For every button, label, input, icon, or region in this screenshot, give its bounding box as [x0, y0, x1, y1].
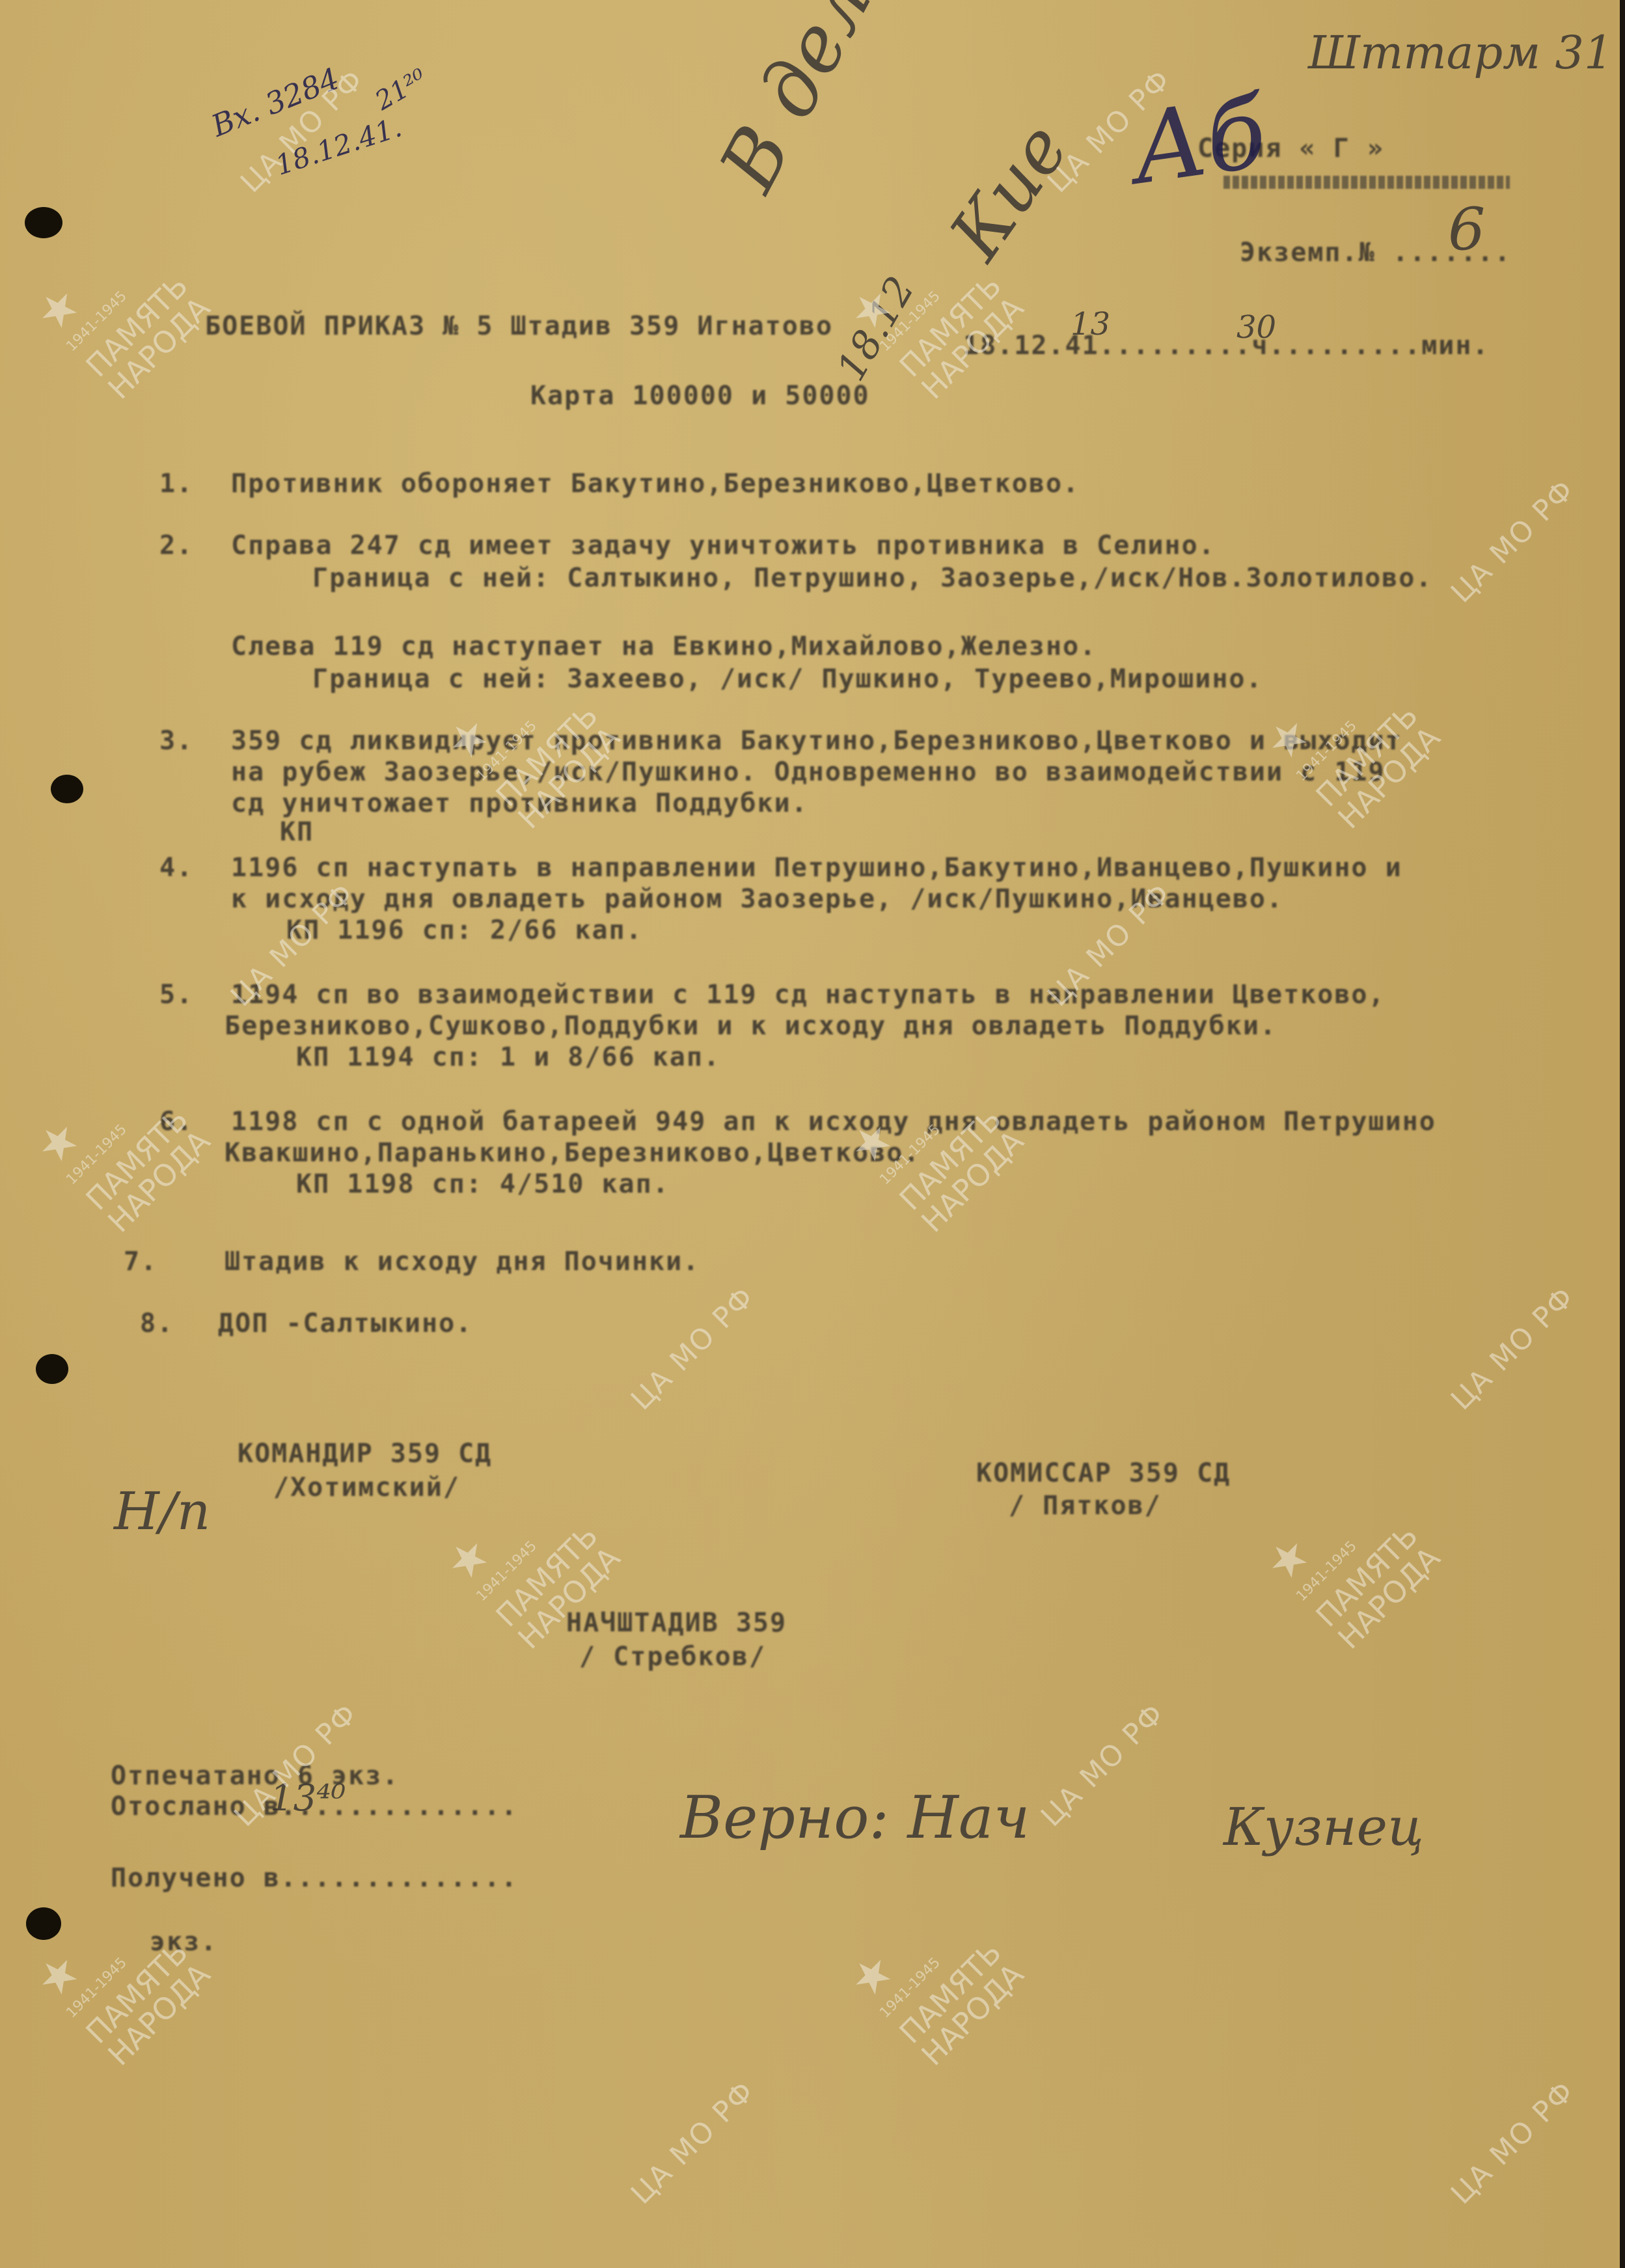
watermark-ca-mo: ЦА МО РФ	[1445, 2075, 1581, 2211]
item-command-post: КП 1194 сп: 1 и 8/66 кап.	[296, 1042, 720, 1072]
watermark-ca-mo: ЦА МО РФ	[625, 1280, 761, 1417]
np-mark: Н/п	[114, 1481, 210, 1542]
resolution-note: В дело	[703, 0, 912, 205]
copy-number-value: 6	[1448, 195, 1485, 264]
map-scale: Карта 100000 и 50000	[530, 381, 870, 411]
watermark-pamyat-naroda: ★ 1941-1945 ПАМЯТЬ НАРОДА	[33, 1888, 215, 2071]
commissar-title: КОМИССАР 359 СД	[976, 1458, 1231, 1488]
item-text: Слева 119 сд наступает на Евкино,Михайло…	[231, 631, 1097, 661]
order-title: БОЕВОЙ ПРИКАЗ № 5 Штадив 359 Игнатово	[205, 311, 833, 341]
item-text: 359 сд ликвидирует противника Бакутино,Б…	[231, 726, 1402, 756]
commander-name: /Хотимский/	[273, 1473, 460, 1502]
received-label: Получено в..............	[111, 1863, 518, 1893]
punch-hole	[51, 775, 83, 803]
watermark-ca-mo: ЦА МО РФ	[625, 2075, 761, 2211]
watermark-ca-mo: ЦА МО РФ	[1445, 1280, 1581, 1417]
item-number: 2.	[159, 531, 193, 560]
watermark-pamyat-naroda: ★ 1941-1945 ПАМЯТЬ НАРОДА	[33, 221, 215, 404]
watermark-pamyat-naroda: ★ 1941-1945 ПАМЯТЬ НАРОДА	[846, 1888, 1029, 2071]
chief-of-staff-name: / Стребков/	[579, 1642, 766, 1672]
item-text: Березниково,Сушково,Поддубки и к исходу …	[225, 1011, 1277, 1041]
watermark-pamyat-naroda: ★ 1941-1945 ПАМЯТЬ НАРОДА	[33, 1055, 215, 1238]
certified-signature: Кузнец	[1223, 1797, 1424, 1857]
item-text: Квакшино,Паранькино,Березниково,Цветково…	[225, 1138, 920, 1168]
certified-copy-note: Верно: Нач	[680, 1784, 1030, 1852]
chief-of-staff-title: НАЧШТАДИВ 359	[566, 1608, 787, 1638]
archive-document-page: Вх. 3284 18.12.41. 21²⁰ В дело 18.12 Кие…	[0, 0, 1625, 2268]
item-text: 1194 сп во взаимодействии с 119 сд насту…	[231, 980, 1386, 1010]
item-number: 3.	[159, 726, 193, 756]
watermark-pamyat-naroda: ★ 1941-1945 ПАМЯТЬ НАРОДА	[846, 1055, 1029, 1238]
watermark-pamyat-naroda: ★ 1941-1945 ПАМЯТЬ НАРОДА	[1263, 651, 1445, 834]
commissar-name: / Пятков/	[1009, 1491, 1162, 1521]
punch-hole	[36, 1354, 68, 1384]
watermark-pamyat-naroda: ★ 1941-1945 ПАМЯТЬ НАРОДА	[1263, 1471, 1445, 1654]
item-command-post: КП 1198 сп: 4/510 кап.	[296, 1169, 670, 1199]
item-number: 4.	[159, 853, 193, 883]
item-number: 5.	[159, 980, 193, 1010]
item-number: 1.	[159, 469, 193, 499]
item-boundary: Граница с ней: Салтыкино, Петрушино, Зао…	[312, 563, 1432, 593]
item-text: 1196 сп наступать в направлении Петрушин…	[231, 853, 1402, 883]
archive-mark: Шттарм 31	[1308, 26, 1613, 79]
item-text: ДОП -Салтыкино.	[218, 1308, 472, 1338]
item-text: Справа 247 сд имеет задачу уничтожить пр…	[231, 531, 1216, 560]
punch-hole	[25, 207, 62, 238]
item-command-post: КП	[280, 817, 314, 847]
item-text: на рубеж Заозерье,/иск/Пушкино. Одноврем…	[231, 757, 1386, 787]
watermark-ca-mo: ЦА МО РФ	[1035, 1697, 1171, 1833]
watermark-ca-mo: ЦА МО РФ	[1445, 473, 1581, 609]
scan-edge	[1620, 0, 1625, 2268]
commander-title: КОМАНДИР 359 СД	[238, 1439, 492, 1469]
order-time-minutes: 30	[1236, 309, 1276, 346]
order-date-line: 18.12.41.........ч.........мин.	[963, 331, 1490, 361]
order-time-hours: 13	[1071, 306, 1110, 342]
item-text: Штадив к исходу дня Починки.	[225, 1247, 700, 1277]
item-boundary: Граница с ней: Захеево, /иск/ Пушкино, Т…	[312, 664, 1263, 694]
punch-hole	[26, 1907, 61, 1940]
item-text: 1198 сп с одной батареей 949 ап к исходу…	[231, 1107, 1436, 1137]
item-number: 7.	[124, 1247, 157, 1277]
incoming-time: 21²⁰	[370, 63, 432, 116]
item-number: 8.	[140, 1308, 174, 1338]
item-text: Противник обороняет Бакутино,Березниково…	[231, 469, 1080, 499]
